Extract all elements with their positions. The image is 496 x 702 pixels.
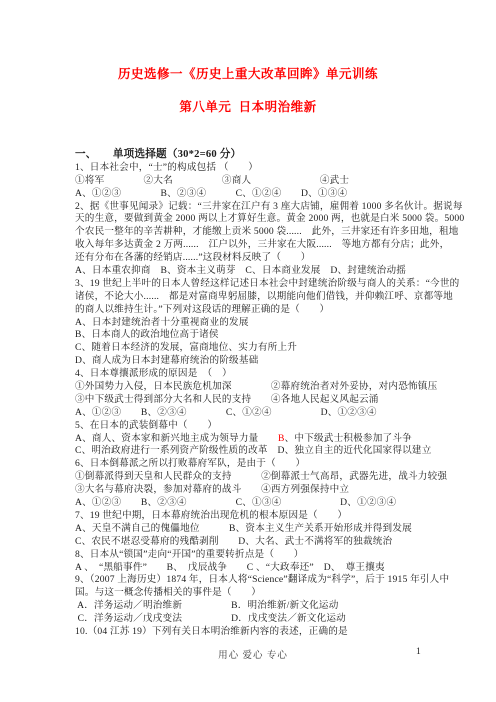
text-segment: 个农民一整年的辛苦耕种，才能缴上贡米 5000 袋...... 此外，三井家还有… [75,226,459,237]
text-line: 1、日本社会中，“士”的构成包括 （ ） [75,162,431,175]
text-segment: ③中下级武士得到部分大名和人民的支持 ④各地人民起义风起云涌 [75,394,379,405]
text-line: 4、日本尊攘派形成的原因是 （ ） [75,368,431,381]
text-line: 6、日本倒幕派之所以打败幕府军队，是由于（ ） [75,458,431,471]
text-line: C、明治政府进行一系列资产阶级性质的改革 D、独立自主的近代化国家得以建立 [75,445,431,458]
text-line: ①倒幕派得到天皇和人民群众的支持 ②倒幕派士气高昂，武器先进，战斗力较强 [75,471,431,484]
text-segment: A．洋务运动／明治维新 B．明治维新/新文化运动 [75,600,339,611]
text-line: A、①②③ B、②③④ C、①②④ D、①②③④ [75,407,431,420]
text-segment: 5、在日本的武装倒幕中（ ） [75,420,217,431]
text-line: A．洋务运动／明治维新 B．明治维新/新文化运动 [75,600,431,613]
text-line: 收入每年多达黄金 2 万两...... 江户以外，三井家在大阪...... 等地… [75,239,431,252]
text-segment: 8、日本从“锁国”走向“开国”的重要转折点是（ ） [75,549,304,560]
text-line: 个农民一整年的辛苦耕种，才能缴上贡米 5000 袋...... 此外，三井家还有… [75,226,431,239]
text-line: A、商人、资本家和新兴地主成为领导力量 B、中下级武士积极参加了斗争 [75,433,431,446]
text-segment: C、明治政府进行一系列资产阶级性质的改革 D、独立自主的近代化国家得以建立 [75,445,432,456]
text-segment: A、①②③ B、②③④ C、①②④ D、①②③④ [75,407,377,418]
text-segment: B、日本商人的政治地位高于诸侯 [75,329,219,340]
text-line: C．洋务运动／戊戌变法 D．戊戌变法／新文化运动 [75,613,431,626]
text-segment: 收入每年多达黄金 2 万两...... 江户以外，三井家在大阪...... 等地… [75,239,449,250]
text-segment: 1、日本社会中，“士”的构成包括 （ ） [75,162,258,173]
text-segment: A、商人、资本家和新兴地主成为领导力量 [75,433,278,444]
page-number: 1 [416,647,421,657]
text-segment: 、中下级武士积极参加了斗争 [285,433,412,444]
text-segment: 的商人以维持生计。”下列对这段话的理解正确的是（ ） [75,304,329,315]
text-line: 8、日本从“锁国”走向“开国”的重要转折点是（ ） [75,549,431,562]
text-segment: 诸侯，不论大小...... 都是对富商卑躬屈膝，以期能向他们借钱，并仰赖江呼、京… [75,291,453,302]
text-line: 还有分布在各藩的经销店......”这段材料反映了（ ） [75,252,431,265]
text-line: A、①②③ B、②③④ C、①③④ D、①②③④ [75,497,431,510]
text-segment: 还有分布在各藩的经销店......”这段材料反映了（ ） [75,252,311,263]
text-segment: ①将军 ②大名 ③商人 ④武士 [75,175,349,186]
text-line: 诸侯，不论大小...... 都是对富商卑躬屈膝，以期能向他们借钱，并仰赖江呼、京… [75,291,431,304]
text-segment: 10.（04 江苏 19）下列有关日本明治维新内容的表述，正确的是 [75,626,348,637]
text-line: 的商人以维持生计。”下列对这段话的理解正确的是（ ） [75,304,431,317]
text-line: ①外国势力入侵，日本民族危机加深 ②幕府统治者对外妥协，对内恐怖镇压 [75,381,431,394]
text-segment: 4、日本尊攘派形成的原因是 （ ） [75,368,232,379]
text-line: ③大名与幕府决裂，参加对幕府的战斗 ④西方列强保持中立 [75,484,431,497]
text-line: 5、在日本的武装倒幕中（ ） [75,420,431,433]
text-line: A、日本重农抑商 B、资本主义萌芽 C、日本商业发展 D、封建统治动摇 [75,265,431,278]
text-segment: A、日本重农抑商 B、资本主义萌芽 C、日本商业发展 D、封建统治动摇 [75,265,406,276]
text-segment: C、随着日本经济的发展，富商地位、实力有所上升 [75,342,297,353]
text-line: D、商人成为日本封建幕府统治的阶级基础 [75,355,431,368]
text-segment: 一、 单项选择题（30*2=60 分） [75,149,241,160]
text-segment: 6、日本倒幕派之所以打败幕府军队，是由于（ ） [75,458,305,469]
text-line: C、农民不堪忍受幕府的残酷剥削 D、大名、武士不满将军的独裁统治 [75,536,431,549]
text-line: 3、19 世纪上半叶的日本人曾经这样记述日本社会中封建统治阶级与商人的关系：“今… [75,278,431,291]
text-line: 天的生意，要做到黄金 2000 两以上才算好生意。黄金 2000 两，也就是白米… [75,213,431,226]
section-header-line: 一、 单项选择题（30*2=60 分） [75,149,431,162]
text-segment: 2、据《世事见闻录》记载：“三井家在江户有 3 座大店铺，雇佣着 1000 多名… [75,201,463,212]
highlighted-answer: B [278,433,285,444]
text-line: A 、 “黑船事件” B、 戊辰战争 C 、“大政奉还” D、 尊王攘夷 [75,562,431,575]
text-line: C、随着日本经济的发展，富商地位、实力有所上升 [75,342,431,355]
text-segment: A、日本封建统治者十分重视商业的发展 [75,317,249,328]
text-line: ①将军 ②大名 ③商人 ④武士 [75,175,431,188]
question-lines-container: 一、 单项选择题（30*2=60 分）1、日本社会中，“士”的构成包括 （ ）①… [75,149,431,639]
text-segment: 3、19 世纪上半叶的日本人曾经这样记述日本社会中封建统治阶级与商人的关系：“今… [75,278,459,289]
text-segment: A、①②③ B、②③④ C、①③④ D、①②③④ [75,497,396,508]
text-segment: C．洋务运动／戊戌变法 D．戊戌变法／新文化运动 [75,613,346,624]
text-segment: ①倒幕派得到天皇和人民群众的支持 ②倒幕派士气高昂，武器先进，战斗力较强 [75,471,447,482]
text-line: 10.（04 江苏 19）下列有关日本明治维新内容的表述，正确的是 [75,626,431,639]
text-segment: 9、（2007 上海历史）1874 年，日本人将“Science”翻译成为“科学… [75,574,449,585]
document-title-line2: 第八单元 日本明治维新 [0,97,496,115]
text-line: A、日本封建统治者十分重视商业的发展 [75,317,431,330]
text-segment: A、①②③ B、②③④ C、①②④ D、①③④ [75,188,347,199]
text-segment: A 、 “黑船事件” B、 戊辰战争 C 、“大政奉还” D、 尊王攘夷 [75,562,385,573]
footer-motto: 用心 爱心 专心 [75,647,431,661]
text-line: B、日本商人的政治地位高于诸侯 [75,329,431,342]
text-segment: D、商人成为日本封建幕府统治的阶级基础 [75,355,258,366]
exam-document-page: 历史选修一《历史上重大改革回眸》单元训练 第八单元 日本明治维新 一、 单项选择… [0,0,496,702]
text-segment: 7、19 世纪中期，日本幕府统治出现危机的根本原因是（ ） [75,510,347,521]
text-segment: 天的生意，要做到黄金 2000 两以上才算好生意。黄金 2000 两，也就是白米… [75,213,464,224]
text-line: A、天皇不满自己的傀儡地位 B、资本主义生产关系开始形成并得到发展 [75,523,431,536]
text-segment: 国。与这一概念传播相关的事件是（ ） [75,587,261,598]
text-segment: A、天皇不满自己的傀儡地位 B、资本主义生产关系开始形成并得到发展 [75,523,412,534]
text-line: 7、19 世纪中期，日本幕府统治出现危机的根本原因是（ ） [75,510,431,523]
text-line: 9、（2007 上海历史）1874 年，日本人将“Science”翻译成为“科学… [75,574,431,587]
text-segment: ③大名与幕府决裂，参加对幕府的战斗 ④西方列强保持中立 [75,484,349,495]
text-line: 国。与这一概念传播相关的事件是（ ） [75,587,431,600]
text-line: A、①②③ B、②③④ C、①②④ D、①③④ [75,188,431,201]
text-segment: C、农民不堪忍受幕府的残酷剥削 D、大名、武士不满将军的独裁统治 [75,536,392,547]
text-segment: ①外国势力入侵，日本民族危机加深 ②幕府统治者对外妥协，对内恐怖镇压 [75,381,437,392]
text-line: ③中下级武士得到部分大名和人民的支持 ④各地人民起义风起云涌 [75,394,431,407]
text-line: 2、据《世事见闻录》记载：“三井家在江户有 3 座大店铺，雇佣着 1000 多名… [75,201,431,214]
document-title-line1: 历史选修一《历史上重大改革回眸》单元训练 [0,64,496,82]
